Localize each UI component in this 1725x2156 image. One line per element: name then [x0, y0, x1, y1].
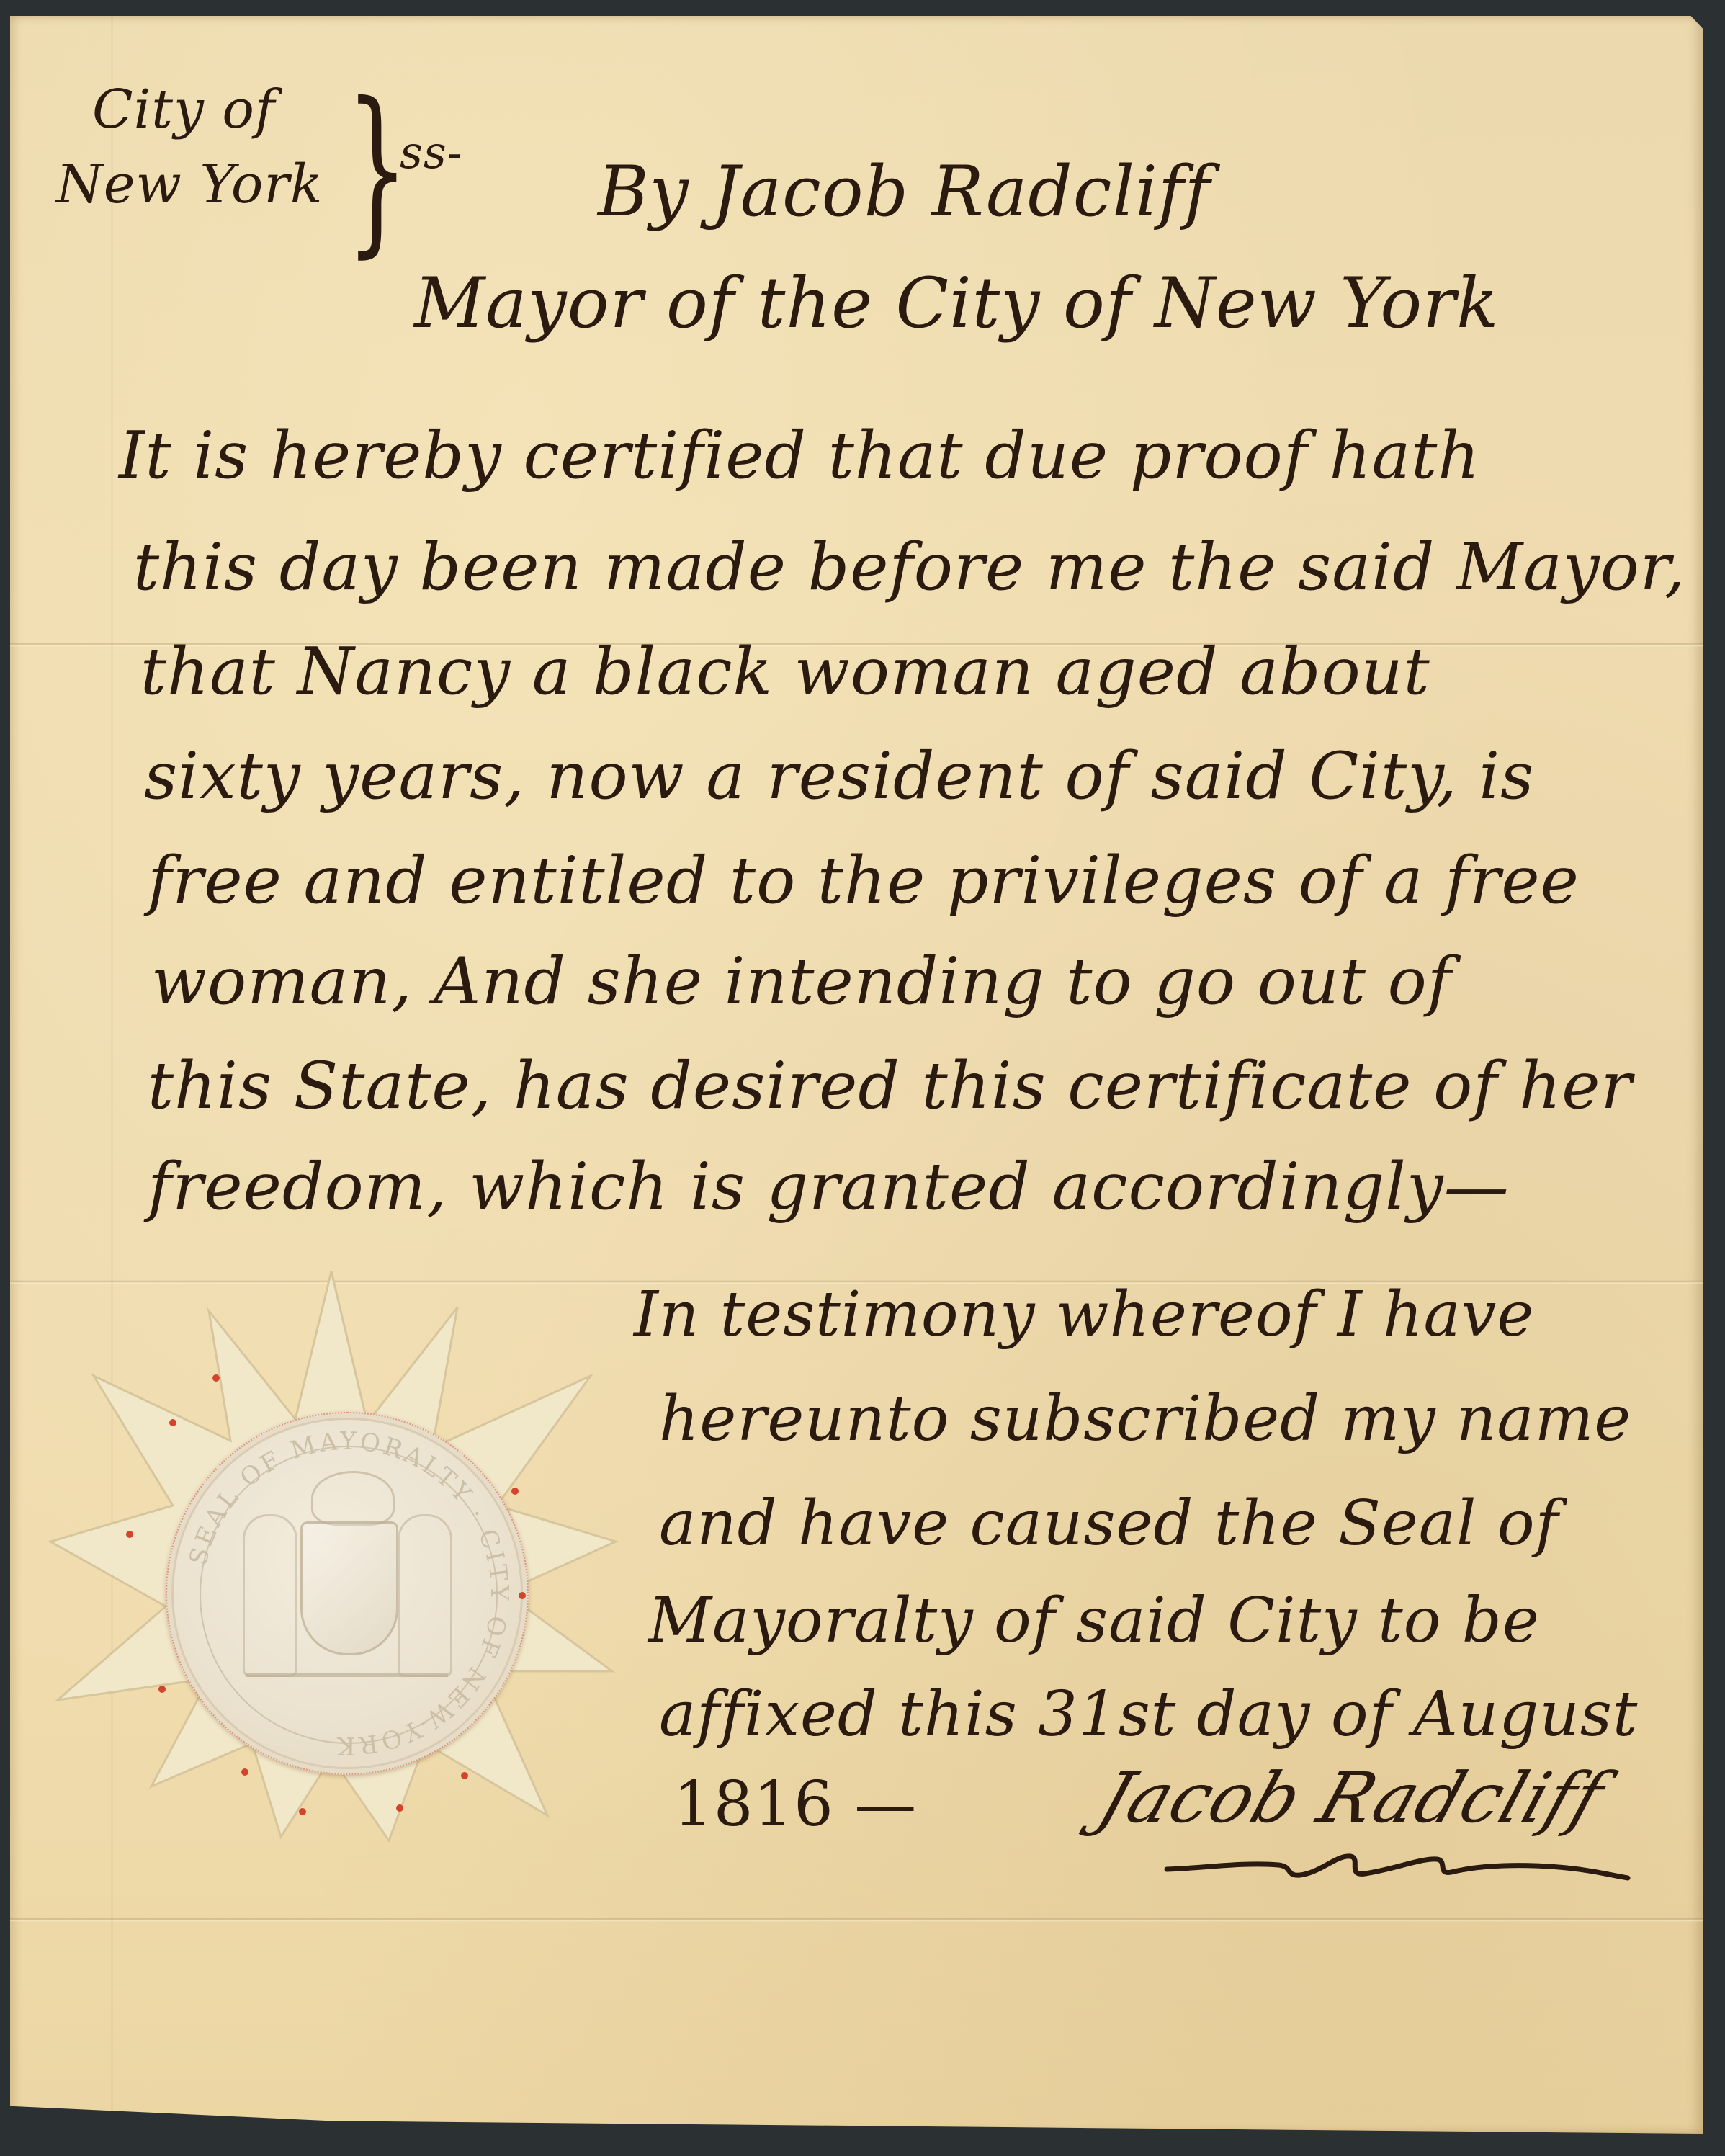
body-line: this day been made before me the said Ma… [133, 529, 1686, 605]
document-year: 1816 — [673, 1768, 917, 1840]
seal-figure-right [398, 1514, 452, 1677]
testimony-line: and have caused the Seal of [659, 1488, 1559, 1560]
signature-flourish [1163, 1840, 1631, 1884]
seal-figure-left [243, 1514, 297, 1677]
body-line: woman, And she intending to go out of [151, 944, 1452, 1019]
heading-title: Mayor of the City of New York [414, 263, 1499, 344]
wax-dot [511, 1488, 519, 1495]
testimony-line: Mayoralty of said City to be [648, 1585, 1540, 1657]
seal-eagle-emblem [311, 1471, 395, 1526]
wax-dot [519, 1592, 526, 1599]
body-line: freedom, which is granted accordingly— [148, 1149, 1510, 1225]
testimony-line: hereunto subscribed my name [659, 1383, 1631, 1455]
mayoralty-seal: SEAL OF MAYORALTY · CITY OF NEW-YORK [43, 1268, 619, 1844]
testimony-line: affixed this 31st day of August [659, 1678, 1638, 1750]
body-line: sixty years, now a resident of said City… [144, 738, 1534, 814]
wax-dot [241, 1768, 248, 1776]
wax-dot [158, 1686, 166, 1693]
caption-line-1: City of [56, 72, 323, 147]
heading-issuer: By Jacob Radcliff [598, 151, 1211, 232]
testimony-line: In testimony whereof I have [634, 1279, 1534, 1351]
body-line: this State, has desired this certificate… [148, 1048, 1633, 1124]
body-line: that Nancy a black woman aged about [140, 634, 1430, 710]
seal-shield-emblem [300, 1521, 398, 1655]
wax-dot [169, 1419, 176, 1426]
body-line: It is hereby certified that due proof ha… [119, 418, 1480, 493]
seal-embossed-disc: SEAL OF MAYORALTY · CITY OF NEW-YORK [166, 1412, 529, 1775]
wax-dot [126, 1531, 133, 1538]
mayor-signature: Jacob Radcliff [1089, 1758, 1614, 1838]
seal-base-line [246, 1673, 448, 1677]
body-line: free and entitled to the privileges of a… [148, 843, 1580, 918]
wax-dot [299, 1808, 306, 1815]
wax-dot [212, 1374, 220, 1382]
caption-line-2: New York [56, 147, 323, 222]
paper-fold-line [10, 1918, 1703, 1922]
wax-dot [461, 1772, 468, 1779]
caption-ss: ss- [400, 126, 463, 179]
wax-dot [396, 1804, 403, 1812]
venue-caption: City of New York [56, 72, 323, 222]
